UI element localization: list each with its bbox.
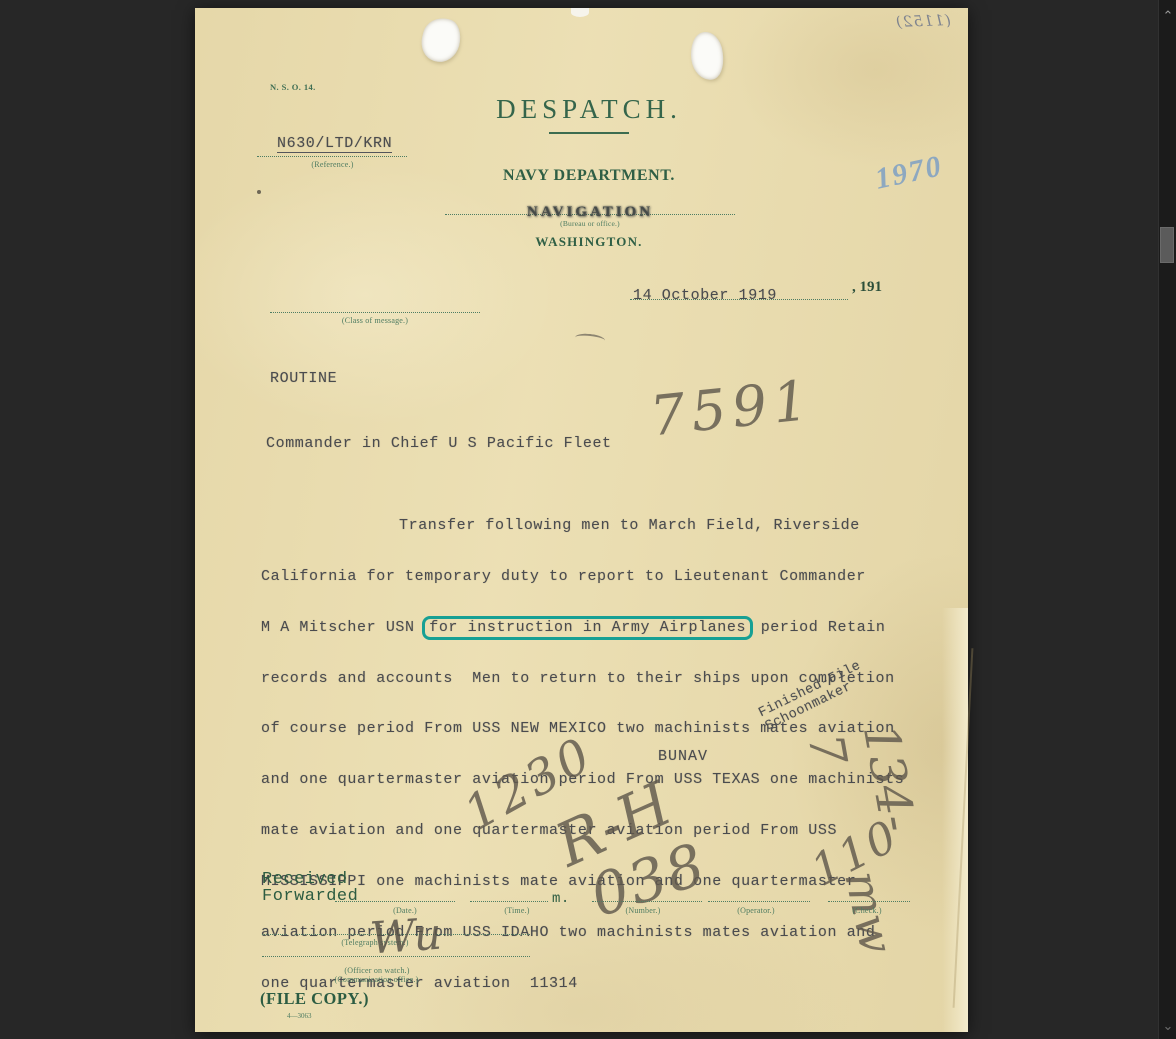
handwritten-edge-mark-upper: 134-7 bbox=[797, 720, 926, 846]
document-page: (1152) N. S. O. 14. DESPATCH. N630/LTD/K… bbox=[195, 8, 968, 1032]
city-name: WASHINGTON. bbox=[389, 234, 789, 250]
body-line: California for temporary duty to report … bbox=[261, 569, 921, 586]
highlight-box: for instruction in Army Airplanes bbox=[422, 616, 753, 640]
body-text: period Retain bbox=[751, 619, 885, 636]
reference-value: N630/LTD/KRN bbox=[277, 135, 392, 153]
number-field-line bbox=[592, 901, 702, 902]
operator-field-line bbox=[708, 901, 810, 902]
class-of-message-label: (Class of message.) bbox=[295, 316, 455, 325]
reference-line bbox=[257, 156, 407, 157]
pencil-dot bbox=[257, 190, 261, 194]
torn-notch-top bbox=[571, 8, 589, 17]
department-name: NAVY DEPARTMENT. bbox=[389, 167, 789, 185]
date-field-line bbox=[335, 901, 455, 902]
bunav-signature: BUNAV bbox=[658, 748, 708, 765]
document-title: DESPATCH. bbox=[389, 94, 789, 125]
title-rule bbox=[549, 132, 629, 134]
body-text: M A Mitscher USN bbox=[261, 619, 424, 636]
date-year-print: , 191 bbox=[852, 279, 882, 296]
pencil-dash-mark bbox=[575, 332, 606, 345]
check-field-label: (Check.) bbox=[825, 906, 909, 915]
vertical-scrollbar[interactable] bbox=[1158, 0, 1176, 1039]
scroll-up-icon[interactable]: ⌃ bbox=[1161, 10, 1175, 23]
class-of-message-line bbox=[270, 312, 480, 313]
addressee: Commander in Chief U S Pacific Fleet bbox=[266, 435, 612, 452]
scrollbar-thumb[interactable] bbox=[1160, 227, 1174, 263]
body-line: M A Mitscher USN for instruction in Army… bbox=[261, 620, 921, 637]
file-copy-label: (FILE COPY.) bbox=[260, 989, 369, 1009]
year-stamp: 1970 bbox=[872, 149, 946, 196]
viewer-background: (1152) N. S. O. 14. DESPATCH. N630/LTD/K… bbox=[0, 0, 1176, 1039]
bureau-label: (Bureau or office.) bbox=[490, 219, 690, 228]
telegraph-line-short bbox=[262, 934, 287, 935]
body-line: Transfer following men to March Field, R… bbox=[261, 518, 921, 535]
forwarded-label: Forwarded bbox=[262, 887, 358, 906]
corner-handwritten-note: (1152) bbox=[895, 11, 951, 31]
form-number: N. S. O. 14. bbox=[270, 82, 316, 92]
torn-hole-right bbox=[688, 30, 726, 82]
check-field-line bbox=[828, 901, 910, 902]
handwritten-routing-number: 7591 bbox=[647, 368, 817, 449]
operator-field-label: (Operator.) bbox=[713, 906, 799, 915]
time-field-line bbox=[470, 901, 548, 902]
meridiem-label: m. bbox=[552, 891, 570, 907]
date-value: 14 October 1919 bbox=[633, 287, 777, 304]
communication-label: (Communication office.) bbox=[299, 975, 454, 984]
officer-line bbox=[262, 956, 530, 957]
precedence: ROUTINE bbox=[270, 370, 337, 387]
scroll-down-icon[interactable]: ⌄ bbox=[1161, 1020, 1175, 1033]
reference-label: (Reference.) bbox=[275, 160, 390, 169]
torn-hole-left bbox=[417, 14, 465, 66]
number-field-label: (Number.) bbox=[601, 906, 685, 915]
officer-label: (Officer on watch.) bbox=[307, 966, 447, 975]
time-field-label: (Time.) bbox=[477, 906, 557, 915]
print-code: 4—3063 bbox=[287, 1012, 312, 1020]
